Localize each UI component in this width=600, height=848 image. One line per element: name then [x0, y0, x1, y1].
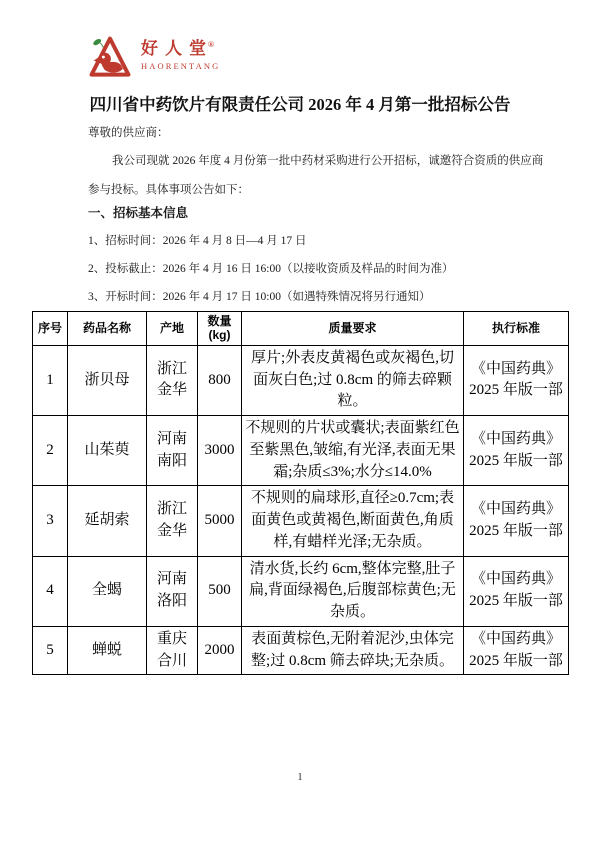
col-header-quality: 质量要求: [242, 312, 464, 346]
brand-logo: 好人堂® HAORENTANG: [88, 33, 220, 82]
registered-trademark-mark: ®: [208, 40, 214, 49]
cell-quality: 表面黄棕色,无附着泥沙,虫体完整;过 0.8cm 筛去碎块;无杂质。: [242, 626, 464, 675]
table-row: 3 延胡索 浙江 金华 5000 不规则的扁球形,直径≥0.7cm;表面黄色或黄…: [33, 486, 569, 556]
salutation: 尊敬的供应商：: [88, 125, 169, 142]
brand-name-cn: 好人堂®: [141, 40, 220, 59]
col-header-origin: 产地: [147, 312, 198, 346]
cell-serial: 3: [33, 486, 68, 556]
intro-line-1: 我公司现就 2026 年度 4 月份第一批中药材采购进行公开招标，诚邀符合资质的…: [88, 153, 543, 170]
table-row: 2 山茱萸 河南 南阳 3000 不规则的片状或囊状;表面紫红色至紫黑色,皱缩,…: [33, 416, 569, 486]
cell-drug-name: 蝉蜕: [68, 626, 147, 675]
page-number: 1: [0, 772, 600, 783]
cell-standard: 《中国药典》2025 年版一部: [464, 345, 569, 415]
bid-deadline-item: 2、投标截止：2026 年 4 月 16 日 16:00（以接收资质及样品的时间…: [88, 261, 453, 278]
cell-serial: 1: [33, 345, 68, 415]
brand-name-cn-text: 好人堂: [141, 39, 213, 58]
cell-origin: 河南 洛阳: [147, 556, 198, 626]
cell-serial: 5: [33, 626, 68, 675]
intro-line-2: 参与投标。具体事项公告如下：: [88, 182, 249, 199]
document-page: 好人堂® HAORENTANG 四川省中药饮片有限责任公司 2026 年 4 月…: [0, 0, 600, 848]
col-header-quantity: 数量 (kg): [198, 312, 242, 346]
brand-text: 好人堂® HAORENTANG: [141, 33, 220, 71]
bid-opening-item: 3、开标时间：2026 年 4 月 17 日 10:00（如遇特殊情况将另行通知…: [88, 289, 430, 306]
brand-name-en: HAORENTANG: [141, 61, 220, 71]
cell-drug-name: 延胡索: [68, 486, 147, 556]
table-header-row: 序号 药品名称 产地 数量 (kg) 质量要求 执行标准: [33, 312, 569, 346]
cell-quantity: 500: [198, 556, 242, 626]
cell-quality: 不规则的片状或囊状;表面紫红色至紫黑色,皱缩,有光泽,表面无果霜;杂质≤3%;水…: [242, 416, 464, 486]
cell-quantity: 3000: [198, 416, 242, 486]
cell-serial: 2: [33, 416, 68, 486]
tender-time-item: 1、招标时间：2026 年 4 月 8 日—4 月 17 日: [88, 233, 307, 250]
cell-quantity: 800: [198, 345, 242, 415]
cell-drug-name: 浙贝母: [68, 345, 147, 415]
cell-origin: 浙江 金华: [147, 486, 198, 556]
cell-quantity: 2000: [198, 626, 242, 675]
cell-drug-name: 山茱萸: [68, 416, 147, 486]
cell-standard: 《中国药典》2025 年版一部: [464, 556, 569, 626]
haorentang-logo-icon: [88, 33, 132, 82]
cell-standard: 《中国药典》2025 年版一部: [464, 486, 569, 556]
cell-drug-name: 全蝎: [68, 556, 147, 626]
col-header-standard: 执行标准: [464, 312, 569, 346]
cell-serial: 4: [33, 556, 68, 626]
cell-standard: 《中国药典》2025 年版一部: [464, 626, 569, 675]
cell-quality: 不规则的扁球形,直径≥0.7cm;表面黄色或黄褐色,断面黄色,角质样,有蜡样光泽…: [242, 486, 464, 556]
cell-origin: 浙江 金华: [147, 345, 198, 415]
table-row: 4 全蝎 河南 洛阳 500 清水货,长约 6cm,整体完整,肚子扁,背面绿褐色…: [33, 556, 569, 626]
table-row: 5 蝉蜕 重庆 合川 2000 表面黄棕色,无附着泥沙,虫体完整;过 0.8cm…: [33, 626, 569, 675]
cell-quantity: 5000: [198, 486, 242, 556]
col-header-drug-name: 药品名称: [68, 312, 147, 346]
col-header-serial: 序号: [33, 312, 68, 346]
document-title: 四川省中药饮片有限责任公司 2026 年 4 月第一批招标公告: [0, 91, 600, 115]
section-heading-basic-info: 一、招标基本信息: [88, 205, 188, 222]
table-row: 1 浙贝母 浙江 金华 800 厚片;外表皮黄褐色或灰褐色,切面灰白色;过 0.…: [33, 345, 569, 415]
cell-origin: 重庆 合川: [147, 626, 198, 675]
cell-standard: 《中国药典》2025 年版一部: [464, 416, 569, 486]
cell-origin: 河南 南阳: [147, 416, 198, 486]
procurement-table: 序号 药品名称 产地 数量 (kg) 质量要求 执行标准 1 浙贝母 浙江 金华…: [32, 311, 569, 675]
cell-quality: 清水货,长约 6cm,整体完整,肚子扁,背面绿褐色,后腹部棕黄色;无杂质。: [242, 556, 464, 626]
cell-quality: 厚片;外表皮黄褐色或灰褐色,切面灰白色;过 0.8cm 的筛去碎颗粒。: [242, 345, 464, 415]
